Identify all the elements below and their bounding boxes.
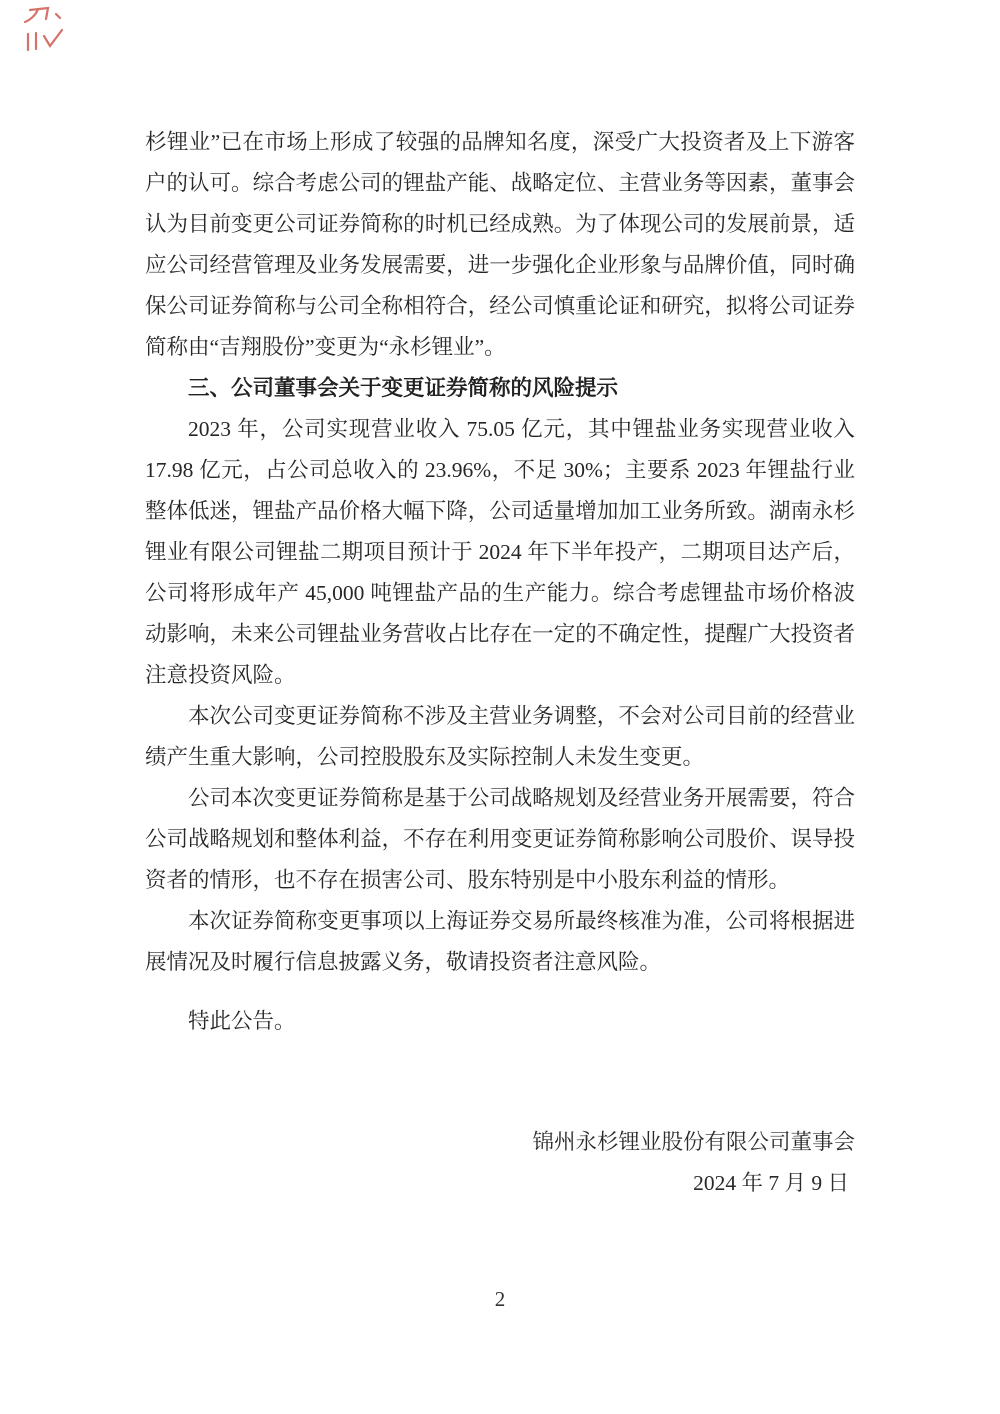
red-annotation-marks-icon (16, 2, 88, 58)
signature-date: 2024 年 7 月 9 日 (145, 1163, 855, 1204)
paragraph-risk-1: 2023 年，公司实现营业收入 75.05 亿元，其中锂盐业务实现营业收入 17… (145, 409, 855, 696)
document-content: 杉锂业”已在市场上形成了较强的品牌知名度，深受广大投资者及上下游客户的认可。综合… (145, 122, 855, 1204)
paragraph-risk-3: 公司本次变更证券简称是基于公司战略规划及经营业务开展需要，符合公司战略规划和整体… (145, 778, 855, 901)
signature-company: 锦州永杉锂业股份有限公司董事会 (145, 1122, 855, 1163)
signature-block: 锦州永杉锂业股份有限公司董事会 2024 年 7 月 9 日 (145, 1122, 855, 1204)
document-page: 杉锂业”已在市场上形成了较强的品牌知名度，深受广大投资者及上下游客户的认可。综合… (0, 0, 1000, 1414)
paragraph-risk-2: 本次公司变更证券简称不涉及主营业务调整，不会对公司目前的经营业绩产生重大影响，公… (145, 696, 855, 778)
page-number: 2 (0, 1284, 1000, 1314)
paragraph-risk-4: 本次证券简称变更事项以上海证券交易所最终核准为准，公司将根据进展情况及时履行信息… (145, 901, 855, 983)
closing-statement: 特此公告。 (145, 1001, 855, 1042)
paragraph-continuation: 杉锂业”已在市场上形成了较强的品牌知名度，深受广大投资者及上下游客户的认可。综合… (145, 122, 855, 368)
section-heading: 三、公司董事会关于变更证券简称的风险提示 (145, 368, 855, 409)
